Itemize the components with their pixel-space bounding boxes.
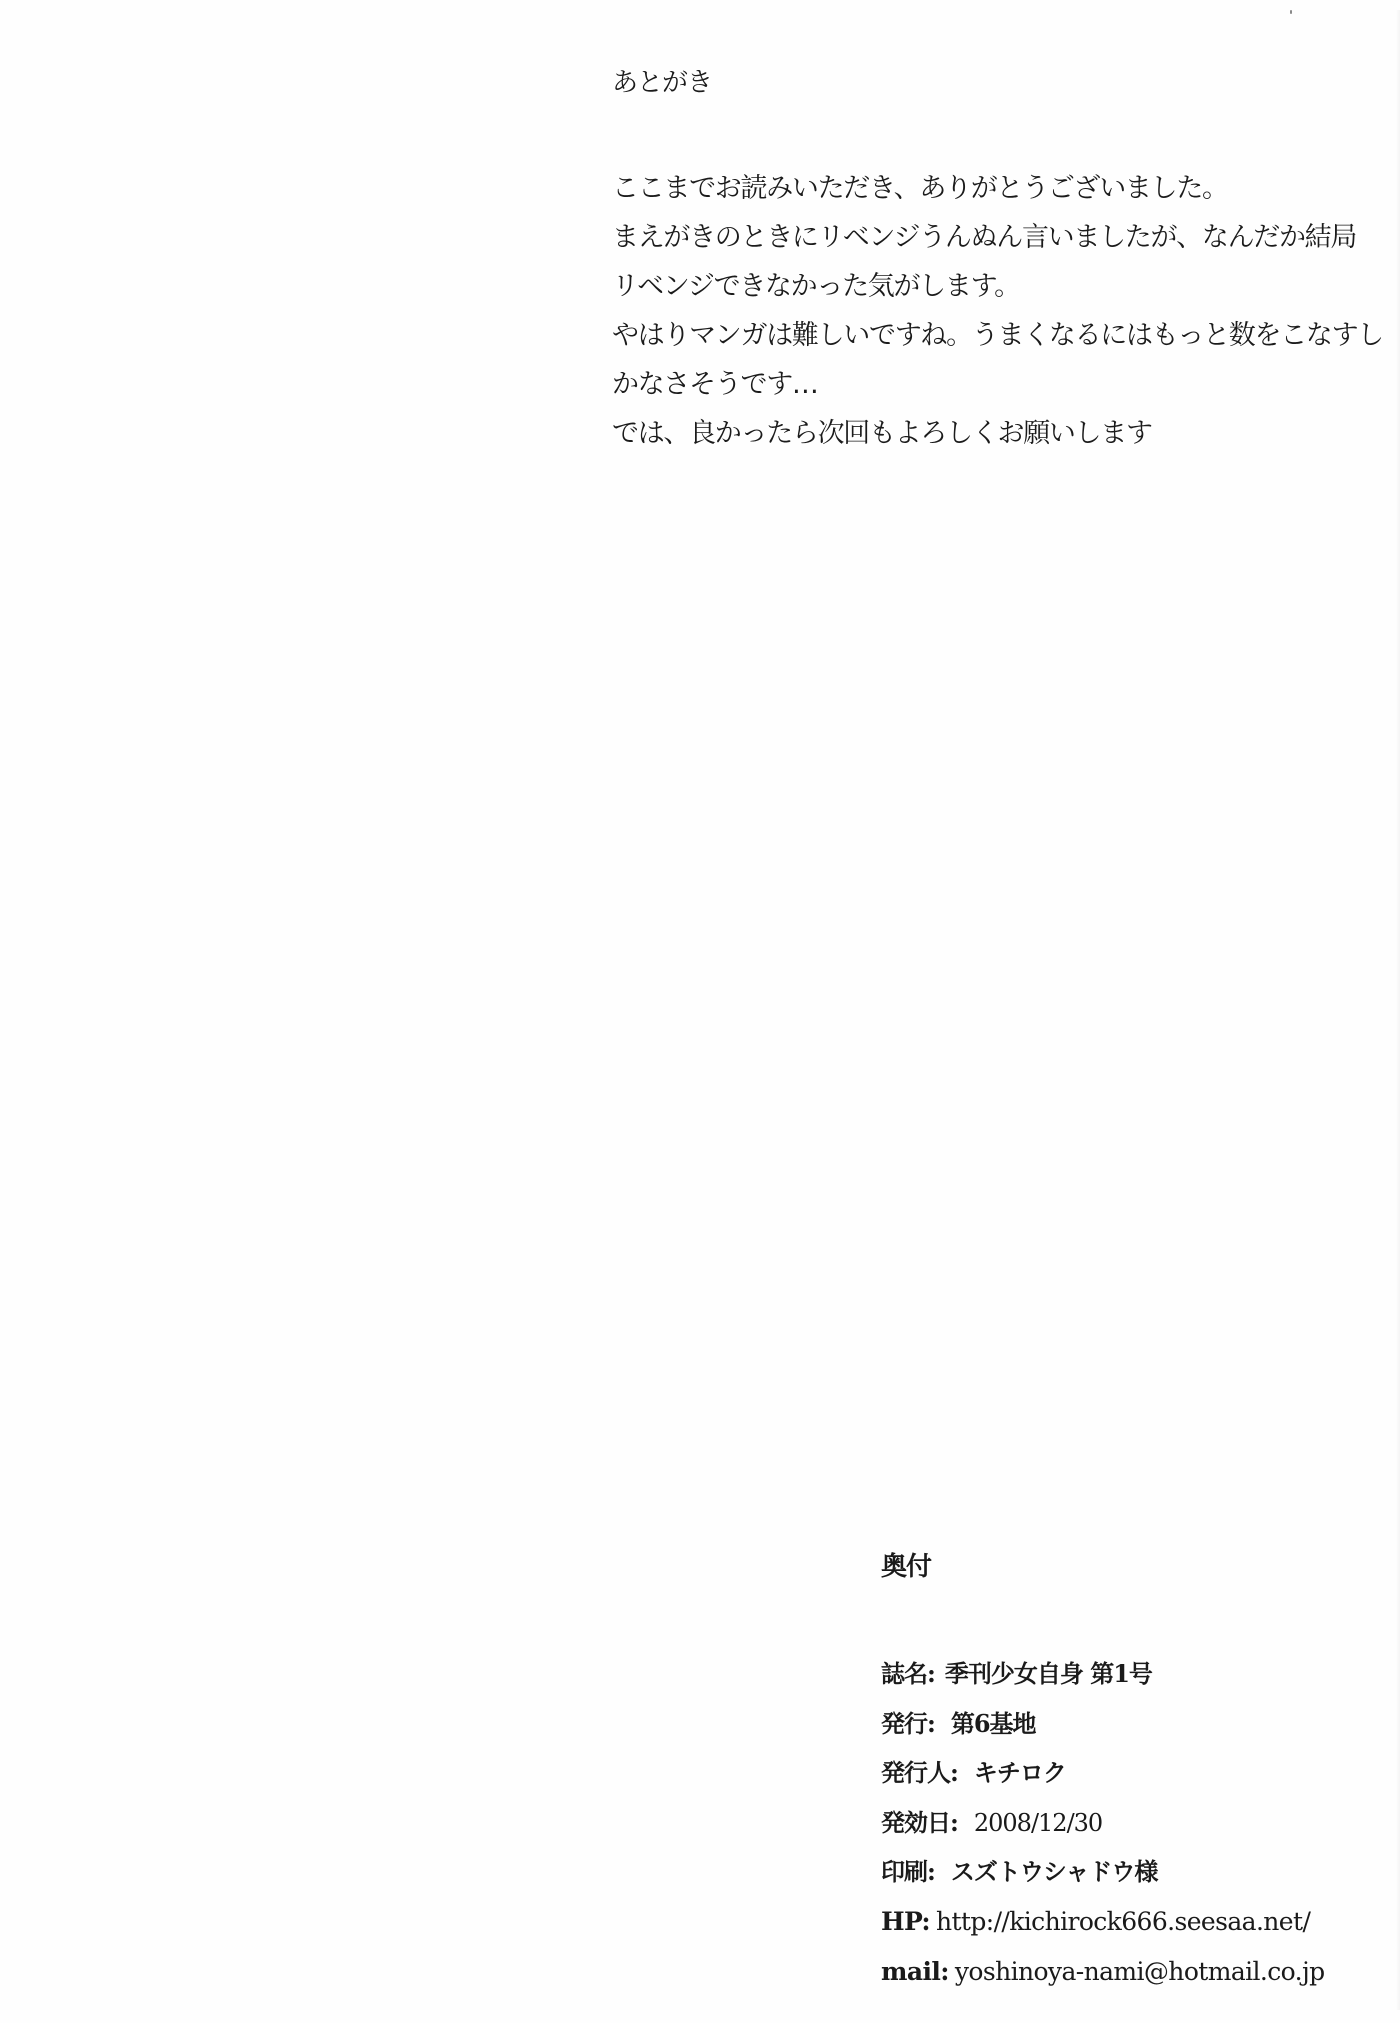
page-edge-shadow bbox=[1396, 10, 1400, 2010]
colophon-label: 発行: bbox=[881, 1699, 935, 1749]
colophon-list: 誌名:季刊少女自身 第1号 発行:第6基地 発行人:キチロク 発効日:2008/… bbox=[881, 1649, 1381, 1996]
colophon-value: 第6基地 bbox=[951, 1699, 1036, 1749]
colophon-label: 発効日: bbox=[881, 1798, 958, 1848]
afterword-line: リベンジできなかった気がします。 bbox=[612, 262, 1392, 311]
afterword-section: あとがき ここまでお読みいただき、ありがとうございました。 まえがきのときにリベ… bbox=[612, 66, 712, 100]
colophon-value: キチロク bbox=[974, 1748, 1066, 1798]
afterword-line: では、良かったら次回もよろしくお願いします bbox=[612, 409, 1392, 458]
email-address: yoshinoya-nami@hotmail.co.jp bbox=[955, 1947, 1325, 1997]
colophon-value: 2008/12/30 bbox=[974, 1799, 1102, 1849]
colophon-row-email: mail:yoshinoya-nami@hotmail.co.jp bbox=[881, 1947, 1381, 1997]
colophon-section: 奥付 誌名:季刊少女自身 第1号 発行:第6基地 発行人:キチロク 発効日:20… bbox=[881, 1550, 931, 1584]
afterword-line: まえがきのときにリベンジうんぬん言いましたが、なんだか結局 bbox=[612, 213, 1392, 262]
colophon-title: 奥付 bbox=[881, 1550, 931, 1584]
colophon-label: 発行人: bbox=[881, 1748, 958, 1798]
colophon-label: 誌名: bbox=[881, 1649, 935, 1699]
colophon-row-homepage: HP:http://kichirock666.seesaa.net/ bbox=[881, 1897, 1381, 1947]
afterword-line: ここまでお読みいただき、ありがとうございました。 bbox=[612, 164, 1392, 213]
afterword-title: あとがき bbox=[612, 66, 712, 100]
colophon-value: スズトウシャドウ様 bbox=[951, 1847, 1158, 1897]
colophon-row-magazine-name: 誌名:季刊少女自身 第1号 bbox=[881, 1649, 1381, 1699]
colophon-value: 季刊少女自身 第1号 bbox=[945, 1649, 1152, 1699]
colophon-row-issuer: 発行人:キチロク bbox=[881, 1748, 1381, 1798]
colophon-row-printer: 印刷:スズトウシャドウ様 bbox=[881, 1847, 1381, 1897]
colophon-row-publisher: 発行:第6基地 bbox=[881, 1699, 1381, 1749]
colophon-row-issue-date: 発効日:2008/12/30 bbox=[881, 1798, 1381, 1848]
afterword-body: ここまでお読みいただき、ありがとうございました。 まえがきのときにリベンジうんぬ… bbox=[612, 164, 1392, 458]
colophon-label: HP: bbox=[881, 1897, 930, 1947]
colophon-label: 印刷: bbox=[881, 1847, 935, 1897]
homepage-url: http://kichirock666.seesaa.net/ bbox=[936, 1897, 1310, 1947]
scan-dust-speck bbox=[1290, 10, 1292, 14]
afterword-line: やはりマンガは難しいですね。うまくなるにはもっと数をこなすし bbox=[612, 311, 1392, 360]
colophon-label: mail: bbox=[881, 1947, 949, 1997]
afterword-line: かなさそうです… bbox=[612, 360, 1392, 409]
